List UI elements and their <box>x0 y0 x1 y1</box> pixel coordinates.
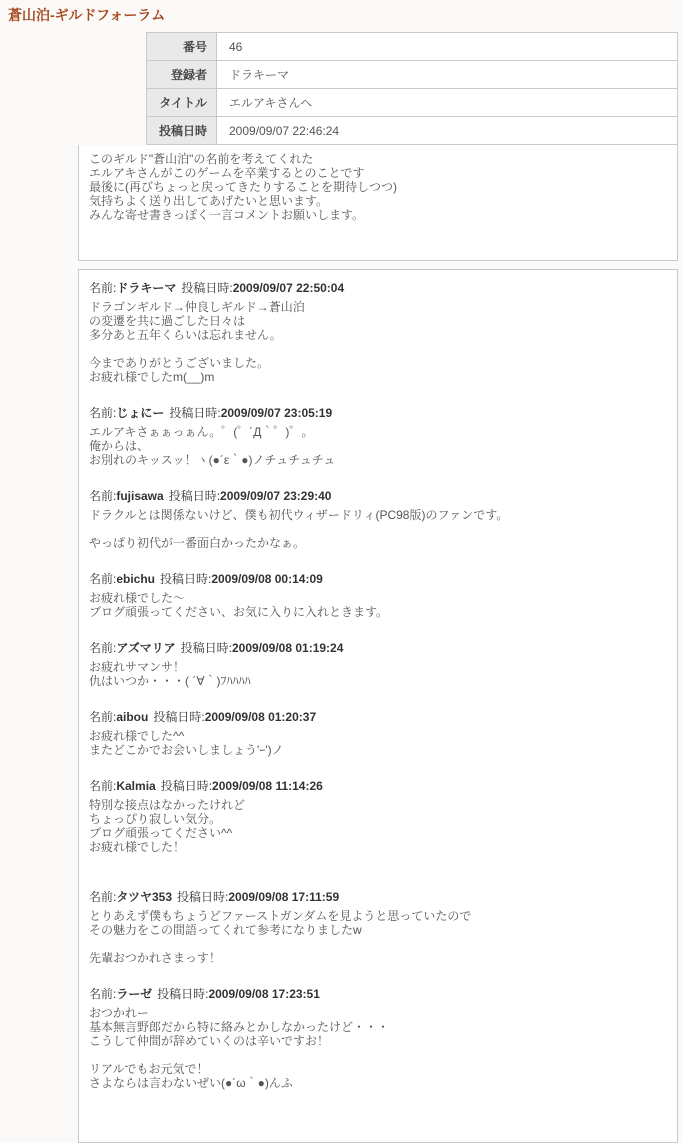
comment-header: 名前:ラーゼ投稿日時:2009/09/08 17:23:51 <box>89 987 667 1001</box>
comment-text-line: 多分あと五年くらいは忘れません。 <box>89 328 667 342</box>
comment-text-line: こうして仲間が辞めていくのは辛いですお！ <box>89 1034 667 1048</box>
comment-text-line: ブログ頑張ってください、お気に入りに入れときます。 <box>89 605 667 619</box>
comment-header: 名前:ドラキーマ投稿日時:2009/09/07 22:50:04 <box>89 281 667 295</box>
comment-text-line <box>89 937 667 951</box>
comment-header: 名前:fujisawa投稿日時:2009/09/07 23:29:40 <box>89 489 667 503</box>
comment-text-line: 基本無言野郎だから特に絡みとかしなかったけど・・・ <box>89 1020 667 1034</box>
comment-datetime: 2009/09/08 17:23:51 <box>208 987 319 1001</box>
comment-name-label: 名前: <box>89 406 116 420</box>
comment-datetime: 2009/09/07 23:29:40 <box>220 489 331 503</box>
comment-text-line: ブログ頑張ってください^^ <box>89 826 667 840</box>
comment-text-line: お疲れ様でした！ <box>89 840 667 854</box>
comment-list: 名前:ドラキーマ投稿日時:2009/09/07 22:50:04 ドラゴンギルド… <box>78 269 678 1143</box>
comment-text-line: リアルでもお元気で！ <box>89 1062 667 1076</box>
post-field-value: エルアキさんへ <box>217 89 678 117</box>
comment-text-line: 俺からは、 <box>89 439 667 453</box>
comment-name-label: 名前: <box>89 641 116 655</box>
comment-datetime: 2009/09/08 17:11:59 <box>228 890 339 904</box>
comment-text-line: またどこかでお会いしましょう'ｰ')ノ <box>89 743 667 757</box>
comment-item: 名前:ebichu投稿日時:2009/09/08 00:14:09 お疲れ様でし… <box>89 572 667 619</box>
post-body-line: みんな寄せ書きっぽく一言コメントお願いします。 <box>89 208 667 222</box>
comment-body: おつかれー基本無言野郎だから特に絡みとかしなかったけど・・・こうして仲間が辞めて… <box>89 1006 667 1090</box>
comment-date-label: 投稿日時: <box>169 406 220 420</box>
comment-body: お疲れサマンサ！仇はいつか・・・( ´∀｀)ﾌﾊﾊﾊﾊ <box>89 660 667 688</box>
comment-author: ebichu <box>116 572 155 586</box>
comment-text-line: お疲れ様でしたm(__)m <box>89 370 667 384</box>
comment-body: お疲れ様でした^^またどこかでお会いしましょう'ｰ')ノ <box>89 729 667 757</box>
post-info-row: 投稿日時 2009/09/07 22:46:24 <box>147 117 678 145</box>
post-body-line: このギルド"蒼山泊"の名前を考えてくれた <box>89 152 667 166</box>
comment-text-line: やっぱり初代が一番面白かったかなぁ。 <box>89 536 667 550</box>
comment-body: エルアキさぁぁっぁん。゜(゜´Д｀゜)゜。俺からは、お別れのキッスッ！ヽ(●´ε… <box>89 425 667 467</box>
post-body-line: 気持ちよく送り出してあげたいと思います。 <box>89 194 667 208</box>
comment-name-label: 名前: <box>89 281 116 295</box>
comment-header: 名前:アズマリア投稿日時:2009/09/08 01:19:24 <box>89 641 667 655</box>
comment-body: お疲れ様でした～ブログ頑張ってください、お気に入りに入れときます。 <box>89 591 667 619</box>
comment-date-label: 投稿日時: <box>160 572 211 586</box>
comment-date-label: 投稿日時: <box>181 281 232 295</box>
comment-item: 名前:Kalmia投稿日時:2009/09/08 11:14:26 特別な接点は… <box>89 779 667 868</box>
comment-text-line: エルアキさぁぁっぁん。゜(゜´Д｀゜)゜。 <box>89 425 667 439</box>
comment-datetime: 2009/09/08 01:19:24 <box>232 641 343 655</box>
page-title: 蒼山泊-ギルドフォーラム <box>8 5 683 25</box>
comment-name-label: 名前: <box>89 489 116 503</box>
post-body: このギルド"蒼山泊"の名前を考えてくれたエルアキさんがこのゲームを卒業するとのこ… <box>78 145 678 261</box>
comment-text-line: 今までありがとうございました。 <box>89 356 667 370</box>
post-info-row: 番号 46 <box>147 33 678 61</box>
comment-item: 名前:ドラキーマ投稿日時:2009/09/07 22:50:04 ドラゴンギルド… <box>89 281 667 384</box>
comment-author: ドラキーマ <box>116 281 176 295</box>
post-field-label: タイトル <box>147 89 217 117</box>
comment-author: じょにー <box>116 406 164 420</box>
comment-datetime: 2009/09/07 22:50:04 <box>233 281 344 295</box>
comment-text-line: お別れのキッスッ！ヽ(●´ε｀●)ノチュチュチュ <box>89 453 667 467</box>
post-info-table: 番号 46 登録者 ドラキーマ タイトル エルアキさんへ 投稿日時 2009/0… <box>146 32 678 145</box>
comment-text-line: 特別な接点はなかったけれど <box>89 798 667 812</box>
post-body-line: 最後に(再びちょっと戻ってきたりすることを期待しつつ) <box>89 180 667 194</box>
comment-date-label: 投稿日時: <box>157 987 208 1001</box>
post-info-row: タイトル エルアキさんへ <box>147 89 678 117</box>
comment-header: 名前:Kalmia投稿日時:2009/09/08 11:14:26 <box>89 779 667 793</box>
comment-item: 名前:じょにー投稿日時:2009/09/07 23:05:19 エルアキさぁぁっ… <box>89 406 667 467</box>
comment-item: 名前:タツヤ353投稿日時:2009/09/08 17:11:59 とりあえず僕… <box>89 890 667 965</box>
post-field-label: 投稿日時 <box>147 117 217 145</box>
post-field-label: 番号 <box>147 33 217 61</box>
comment-name-label: 名前: <box>89 890 116 904</box>
comment-name-label: 名前: <box>89 987 116 1001</box>
comment-text-line: おつかれー <box>89 1006 667 1020</box>
comment-header: 名前:じょにー投稿日時:2009/09/07 23:05:19 <box>89 406 667 420</box>
comment-header: 名前:aibou投稿日時:2009/09/08 01:20:37 <box>89 710 667 724</box>
comment-author: aibou <box>116 710 148 724</box>
post-field-value: ドラキーマ <box>217 61 678 89</box>
comment-date-label: 投稿日時: <box>181 641 232 655</box>
comment-item: 名前:fujisawa投稿日時:2009/09/07 23:29:40 ドラクル… <box>89 489 667 550</box>
comment-name-label: 名前: <box>89 710 116 724</box>
comment-author: タツヤ353 <box>116 890 172 904</box>
comment-author: アズマリア <box>116 641 175 655</box>
comment-date-label: 投稿日時: <box>161 779 212 793</box>
comment-text-line: 仇はいつか・・・( ´∀｀)ﾌﾊﾊﾊﾊ <box>89 674 667 688</box>
comment-text-line: とりあえず僕もちょうどファーストガンダムを見ようと思っていたので <box>89 909 667 923</box>
comment-datetime: 2009/09/08 11:14:26 <box>212 779 323 793</box>
comment-text-line: お疲れ様でした^^ <box>89 729 667 743</box>
comment-body: 特別な接点はなかったけれどちょっぴり寂しい気分。ブログ頑張ってください^^お疲れ… <box>89 798 667 868</box>
comment-text-line: ドラゴンギルド→仲良しギルド→蒼山泊 <box>89 300 667 314</box>
comment-date-label: 投稿日時: <box>177 890 228 904</box>
comment-text-line: お疲れサマンサ！ <box>89 660 667 674</box>
post-field-label: 登録者 <box>147 61 217 89</box>
comment-date-label: 投稿日時: <box>169 489 220 503</box>
comment-text-line <box>89 342 667 356</box>
comment-date-label: 投稿日時: <box>153 710 204 724</box>
comment-datetime: 2009/09/08 00:14:09 <box>211 572 322 586</box>
comment-body: とりあえず僕もちょうどファーストガンダムを見ようと思っていたのでその魅力をこの間… <box>89 909 667 965</box>
post-field-value: 2009/09/07 22:46:24 <box>217 117 678 145</box>
post-field-value: 46 <box>217 33 678 61</box>
comment-author: Kalmia <box>116 779 155 793</box>
comment-name-label: 名前: <box>89 779 116 793</box>
comment-item: 名前:アズマリア投稿日時:2009/09/08 01:19:24 お疲れサマンサ… <box>89 641 667 688</box>
comment-item: 名前:aibou投稿日時:2009/09/08 01:20:37 お疲れ様でした… <box>89 710 667 757</box>
comment-header: 名前:ebichu投稿日時:2009/09/08 00:14:09 <box>89 572 667 586</box>
comment-text-line <box>89 522 667 536</box>
comment-text-line <box>89 1048 667 1062</box>
comment-text-line: ちょっぴり寂しい気分。 <box>89 812 667 826</box>
comment-text-line: さよならは言わないぜい(●´ω｀●)んふ <box>89 1076 667 1090</box>
comment-text-line <box>89 854 667 868</box>
comment-author: fujisawa <box>116 489 163 503</box>
comment-datetime: 2009/09/07 23:05:19 <box>221 406 332 420</box>
comment-body: ドラゴンギルド→仲良しギルド→蒼山泊の変遷を共に過ごした日々は多分あと五年くらい… <box>89 300 667 384</box>
post-info-row: 登録者 ドラキーマ <box>147 61 678 89</box>
comment-author: ラーゼ <box>116 987 152 1001</box>
comment-text-line: の変遷を共に過ごした日々は <box>89 314 667 328</box>
comment-item: 名前:ラーゼ投稿日時:2009/09/08 17:23:51 おつかれー基本無言… <box>89 987 667 1090</box>
comment-header: 名前:タツヤ353投稿日時:2009/09/08 17:11:59 <box>89 890 667 904</box>
comment-text-line: その魅力をこの間語ってくれて参考になりましたw <box>89 923 667 937</box>
comment-body: ドラクルとは関係ないけど、僕も初代ウィザードリィ(PC98版)のファンです。やっ… <box>89 508 667 550</box>
comment-text-line: 先輩おつかれさまっす！ <box>89 951 667 965</box>
post-body-line: エルアキさんがこのゲームを卒業するとのことです <box>89 166 667 180</box>
comment-name-label: 名前: <box>89 572 116 586</box>
comment-text-line: ドラクルとは関係ないけど、僕も初代ウィザードリィ(PC98版)のファンです。 <box>89 508 667 522</box>
post-info-table-body: 番号 46 登録者 ドラキーマ タイトル エルアキさんへ 投稿日時 2009/0… <box>147 33 678 145</box>
comment-datetime: 2009/09/08 01:20:37 <box>205 710 316 724</box>
comment-text-line: お疲れ様でした～ <box>89 591 667 605</box>
